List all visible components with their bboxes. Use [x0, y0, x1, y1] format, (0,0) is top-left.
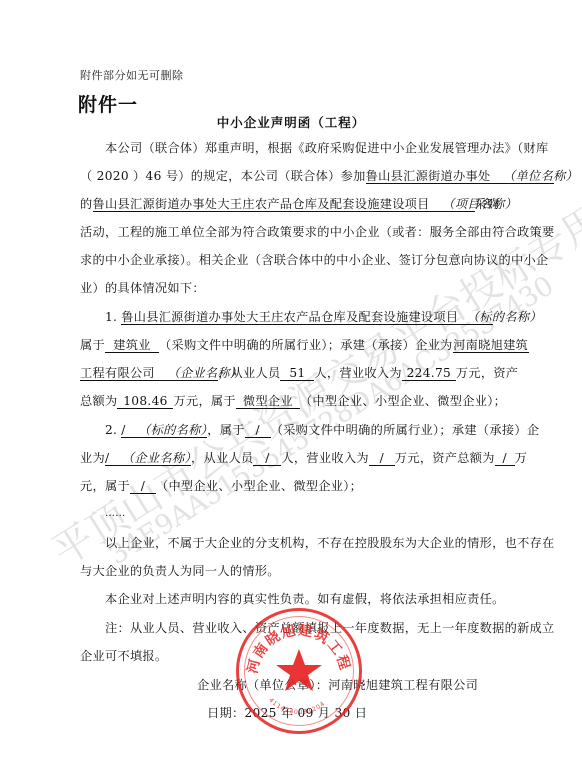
intro-text: （ 2020 ）46 号）的规定，本公司（联合体）参加: [80, 169, 366, 183]
label-text: 万元，资产总额为: [395, 451, 495, 465]
seal-star-icon: 河南晓旭建筑工程有限公司 4114230081204: [239, 611, 359, 731]
unit-name-field: 鲁山县汇源街道办事处 （单位名称）: [366, 169, 554, 184]
company-field-part2: 工程有限公司 （企业名称）: [80, 366, 218, 381]
label-text: ，从业人员: [191, 451, 253, 465]
item-1-line-2: 属于建筑业（采购文件中明确的所属行业）；承建（承接）企业为河南晓旭建筑: [80, 337, 522, 353]
industry-note: （采购文件中明确的所属行业）；承建（承接）企业为: [159, 338, 453, 352]
subject-name-label: （标的名称）: [467, 310, 542, 324]
intro-text: 的: [80, 197, 93, 211]
company-field-part1: 河南晓旭建筑: [453, 338, 529, 353]
item-2-line-2: 业为/ （企业名称），从业人员/人，营业收入为/万元，资产总额为/万: [80, 450, 522, 466]
subject-name-value: 鲁山县汇源街道办事处大王庄农产品仓库及配套设施建设项目: [121, 310, 458, 324]
subject-name-label: （标的名称）: [138, 423, 213, 437]
subject-name-field: 鲁山县汇源街道办事处大王庄农产品仓库及配套设施建设项目 （标的名称）: [121, 310, 493, 325]
document-page: 平顶山市公共资源交易平台投标专用 34E9AA5153545728DA6AC32…: [0, 0, 582, 763]
document-title: 中小企业声明函（工程）: [0, 113, 582, 131]
size-field: /: [130, 479, 156, 494]
label-text: 业为: [80, 451, 105, 465]
company-field: / （企业名称）: [105, 451, 191, 466]
label-text: 万元，资产: [456, 366, 518, 380]
subject-name-field: / （标的名称）: [121, 423, 207, 438]
industry-note: （采购文件中明确的所属行业）；承建（承接）企: [271, 423, 540, 437]
item-number: 1.: [105, 310, 117, 324]
item-1-line-1: 1.鲁山县汇源街道办事处大王庄农产品仓库及配套设施建设项目 （标的名称）: [105, 309, 522, 325]
project-name-field: 鲁山县汇源街道办事处大王庄农产品仓库及配套设施建设项目 （项目名称）: [93, 197, 475, 212]
company-name-label: （企业名称）: [122, 451, 197, 465]
label-text: 属于: [80, 338, 105, 352]
svg-text:4114230081204: 4114230081204: [267, 697, 326, 716]
industry-field: /: [245, 423, 271, 438]
label-text: 人，营业收入为: [314, 366, 401, 380]
size-note: （中型企业、小型企业、微型企业）；: [156, 479, 362, 493]
unit-name-label: （单位名称）: [503, 169, 578, 183]
intro-line-2: （ 2020 ）46 号）的规定，本公司（联合体）参加鲁山县汇源街道办事处 （单…: [80, 168, 522, 184]
label-text: 万元，属于: [173, 394, 235, 408]
statement-1-line-1: 以上企业，不属于大企业的分支机构，不存在控股股东为大企业的情形，也不存在: [105, 535, 522, 551]
item-number: 2.: [105, 423, 117, 437]
item-1-line-3: 工程有限公司 （企业名称），从业人员51人，营业收入为224.75万元，资产: [80, 365, 522, 381]
intro-line-4: 活动，工程的施工单位全部为符合政策要求的中小企业（或者：服务全部由符合政策要: [80, 224, 522, 240]
label-text: 元，属于: [80, 479, 130, 493]
statement-1-line-2: 与大企业的负责人为同一人的情形。: [80, 563, 522, 579]
ellipsis: ……: [105, 506, 522, 522]
statement-2: 本企业对上述声明内容的真实性负责。如有虚假，将依法承担相应责任。: [105, 591, 522, 607]
staff-field: 51: [280, 366, 314, 381]
project-name-value: 鲁山县汇源街道办事处大王庄农产品仓库及配套设施建设项目: [93, 197, 430, 211]
label-text: 人，营业收入为: [281, 451, 368, 465]
item-2-line-3: 元，属于/（中型企业、小型企业、微型企业）；: [80, 478, 522, 494]
item-1-line-4: 总额为108.46万元，属于微型企业（中型企业、小型企业、微型企业）；: [80, 393, 522, 409]
assets-field: 108.46: [117, 394, 173, 409]
intro-line-6: 业）的具体情况如下：: [80, 280, 522, 296]
intro-text: 采购: [475, 197, 500, 211]
staff-field: /: [253, 451, 281, 466]
label-text: ，从业人员: [218, 366, 280, 380]
label-text: ，属于: [207, 423, 244, 437]
label-text: 总额为: [80, 394, 117, 408]
size-field: 微型企业: [236, 394, 300, 409]
assets-field: /: [495, 451, 515, 466]
intro-line-5: 求的中小企业承接）。相关企业（含联合体中的中小企业、签订分包意向协议的中小企: [80, 252, 522, 268]
size-note: （中型企业、小型企业、微型企业）；: [300, 394, 506, 408]
revenue-field: 224.75: [402, 366, 456, 381]
company-seal: 河南晓旭建筑工程有限公司 4114230081204: [236, 608, 362, 734]
revenue-field: /: [369, 451, 395, 466]
unit-name-value: 鲁山县汇源街道办事处: [366, 169, 491, 183]
label-text: 万: [515, 451, 528, 465]
company-name-value: /: [105, 451, 109, 465]
subject-name-value: /: [121, 423, 125, 437]
intro-line-1: 本公司（联合体）郑重声明，根据《政府采购促进中小企业发展管理办法》（财库: [105, 140, 522, 156]
industry-field: 建筑业: [105, 338, 159, 353]
intro-line-3: 的鲁山县汇源街道办事处大王庄农产品仓库及配套设施建设项目 （项目名称）采购: [80, 196, 522, 212]
item-2-line-1: 2./ （标的名称），属于/（采购文件中明确的所属行业）；承建（承接）企: [105, 422, 522, 438]
company-name-value: 工程有限公司: [80, 366, 155, 380]
deletion-note: 附件部分如无可删除: [80, 68, 522, 84]
